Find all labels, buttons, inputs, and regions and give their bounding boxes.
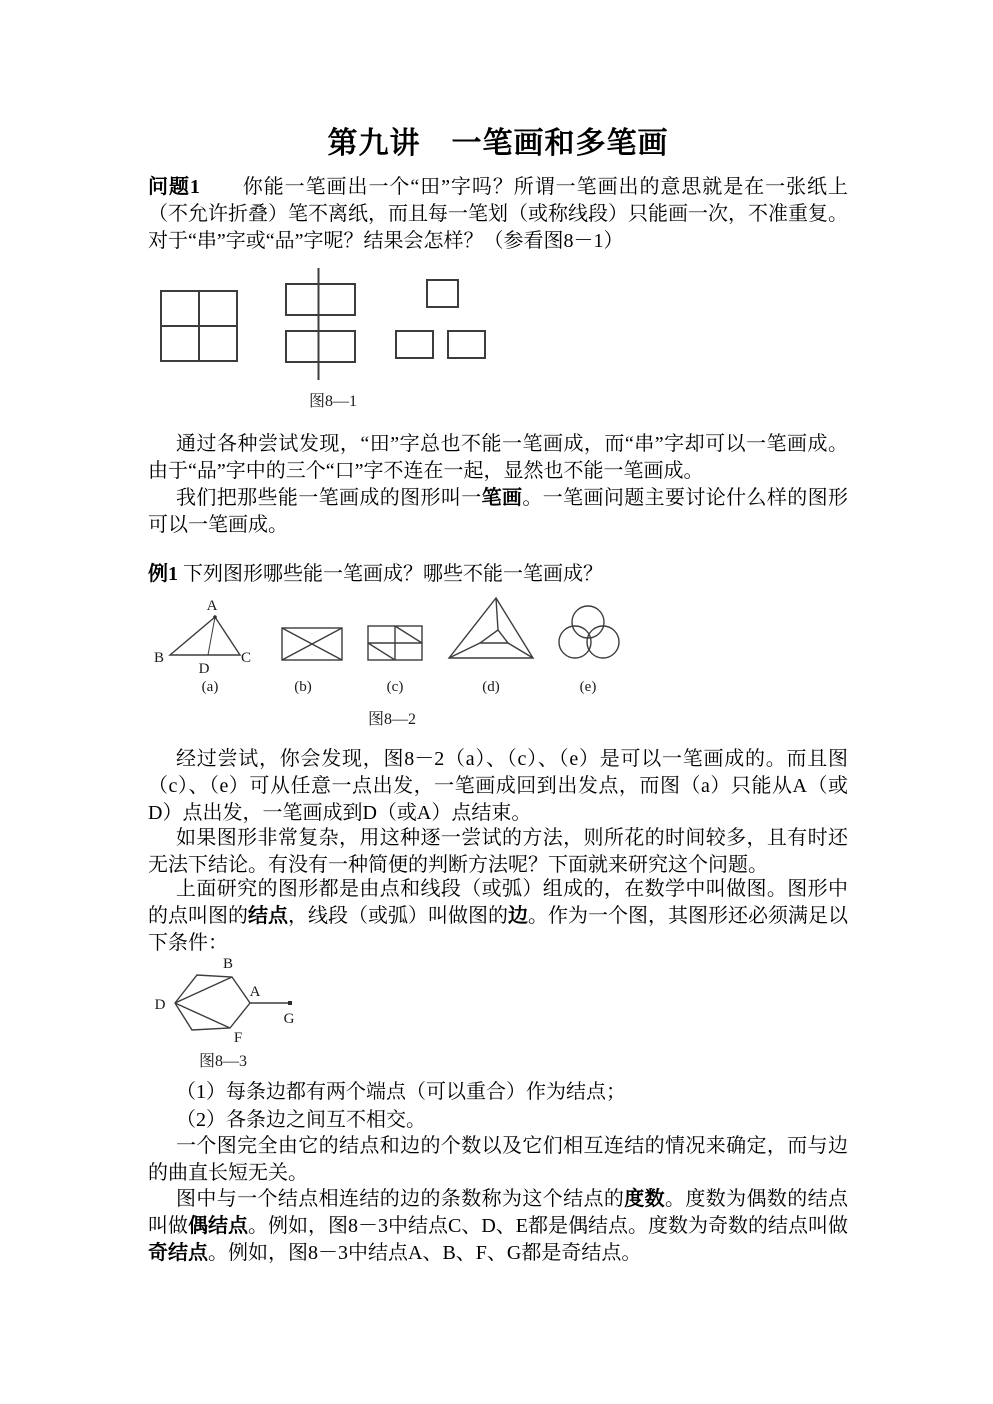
text-segment: 下列图形哪些能一笔画成？哪些不能一笔画成？	[178, 563, 603, 585]
fig-8-3-node-labels: B D A F G	[155, 956, 295, 1046]
paragraph-problem-1: 问题1 你能一笔画出一个“田”字吗？所谓一笔画出的意思就是在一张纸上（不允许折叠…	[148, 174, 848, 255]
pin-character-shape	[396, 280, 485, 358]
bold-term: 度数	[624, 1188, 665, 1210]
node-label-g: G	[284, 1011, 295, 1027]
sub-label-e: (e)	[580, 679, 597, 695]
tian-character-shape	[161, 291, 237, 361]
text-segment: ，线段（或弧）叫做图的	[288, 905, 508, 927]
document-page: 第九讲 一笔画和多笔画 问题1 你能一笔画出一个“田”字吗？所谓一笔画出的意思就…	[0, 0, 993, 1404]
bold-term: 偶结点	[188, 1215, 248, 1237]
fig-8-2c-divided-rectangle-shape	[368, 626, 422, 660]
paragraph-example-1: 例1 下列图形哪些能一笔画成？哪些不能一笔画成？	[148, 561, 848, 588]
figure-8-3-drawing: B D A F G	[148, 950, 448, 1046]
vertex-label-c: C	[241, 650, 251, 666]
fig-8-2a-triangle-shape: A B C D	[154, 598, 251, 677]
text-segment: （1）每条边都有两个端点（可以重合）作为结点；	[176, 1081, 626, 1103]
bold-term: 问题1	[148, 176, 200, 198]
text-segment: 。例如，图8－3中结点C、D、E都是偶结点。度数为奇数的结点叫做	[248, 1215, 848, 1237]
bold-term: 奇结点	[148, 1242, 208, 1264]
paragraph-trial-result: 经过尝试，你会发现，图8－2（a）、（c）、（e）是可以一笔画成的。而且图（c）…	[148, 746, 848, 827]
sub-label-b: (b)	[294, 679, 312, 695]
text-segment: 如果图形非常复杂，用这种逐一尝试的方法，则所花的时间较多，且有时还无法下结论。有…	[148, 827, 848, 876]
paragraph-complexity: 如果图形非常复杂，用这种逐一尝试的方法，则所花的时间较多，且有时还无法下结论。有…	[148, 825, 848, 879]
sub-label-d: (d)	[482, 679, 500, 695]
fig-8-2e-three-circles-shape	[559, 606, 619, 658]
text-segment: （2）各条边之间互不相交。	[176, 1109, 426, 1131]
figure-8-1-drawing	[148, 262, 848, 384]
figure-8-2-caption: 图8—2	[148, 706, 636, 729]
text-segment: 经过尝试，你会发现，图8－2（a）、（c）、（e）是可以一笔画成的。而且图（c）…	[148, 748, 848, 824]
fig-8-3-graph-shape	[175, 975, 292, 1030]
text-segment: 。例如，图8－3中结点A、B、F、G都是奇结点。	[208, 1242, 641, 1264]
fig-8-2-sub-labels: (a) (b) (c) (d) (e)	[202, 679, 597, 695]
paragraph-definition: 我们把那些能一笔画成的图形叫一笔画。一笔画问题主要讨论什么样的图形可以一笔画成。	[148, 485, 848, 539]
text-segment: 一个图完全由它的结点和边的个数以及它们相互连结的情况来确定，而与边的曲直长短无关…	[148, 1135, 848, 1184]
paragraph-condition-1: （1）每条边都有两个端点（可以重合）作为结点；	[148, 1079, 848, 1106]
text-segment: 我们把那些能一笔画成的图形叫一	[176, 487, 482, 509]
chuan-character-shape	[286, 268, 355, 380]
paragraph-degree-definition: 图中与一个结点相连结的边的条数称为这个结点的度数。度数为偶数的结点叫做偶结点。例…	[148, 1186, 848, 1267]
figure-8-2-drawing: A B C D (a)	[148, 592, 848, 702]
paragraph-condition-2: （2）各条边之间互不相交。	[148, 1107, 848, 1134]
bold-term: 结点	[248, 905, 288, 927]
bold-term: 边	[508, 905, 528, 927]
vertex-label-a: A	[207, 598, 218, 614]
paragraph-discovery: 通过各种尝试发现，“田”字总也不能一笔画成，而“串”字却可以一笔画成。由于“品”…	[148, 431, 848, 485]
sub-label-a: (a)	[202, 679, 219, 695]
node-label-f: F	[234, 1030, 242, 1046]
sub-label-c: (c)	[387, 679, 404, 695]
figure-8-3-caption: 图8—3	[148, 1048, 298, 1071]
text-segment: 图中与一个结点相连结的边的条数称为这个结点的	[176, 1188, 624, 1210]
paragraph-graph-definition: 上面研究的图形都是由点和线段（或弧）组成的，在数学中叫做图。图形中的点叫图的结点…	[148, 876, 848, 957]
vertex-label-b: B	[154, 650, 164, 666]
text-segment: 你能一笔画出一个“田”字吗？所谓一笔画出的意思就是在一张纸上（不允许折叠）笔不离…	[148, 176, 848, 252]
node-label-b: B	[223, 956, 233, 972]
fig-8-2d-nested-triangles-shape	[449, 598, 533, 658]
bold-term: 例1	[148, 563, 178, 585]
page-title: 第九讲 一笔画和多笔画	[148, 118, 848, 162]
node-label-d: D	[155, 997, 166, 1013]
figure-8-1-caption: 图8—1	[148, 388, 518, 411]
bold-term: 笔画	[482, 487, 523, 509]
fig-8-2b-rectangle-diagonals-shape	[282, 628, 342, 660]
vertex-label-d: D	[199, 661, 210, 677]
node-label-a: A	[250, 984, 261, 1000]
text-segment: 通过各种尝试发现，“田”字总也不能一笔画成，而“串”字却可以一笔画成。由于“品”…	[148, 433, 848, 482]
paragraph-graph-property: 一个图完全由它的结点和边的个数以及它们相互连结的情况来确定，而与边的曲直长短无关…	[148, 1133, 848, 1187]
